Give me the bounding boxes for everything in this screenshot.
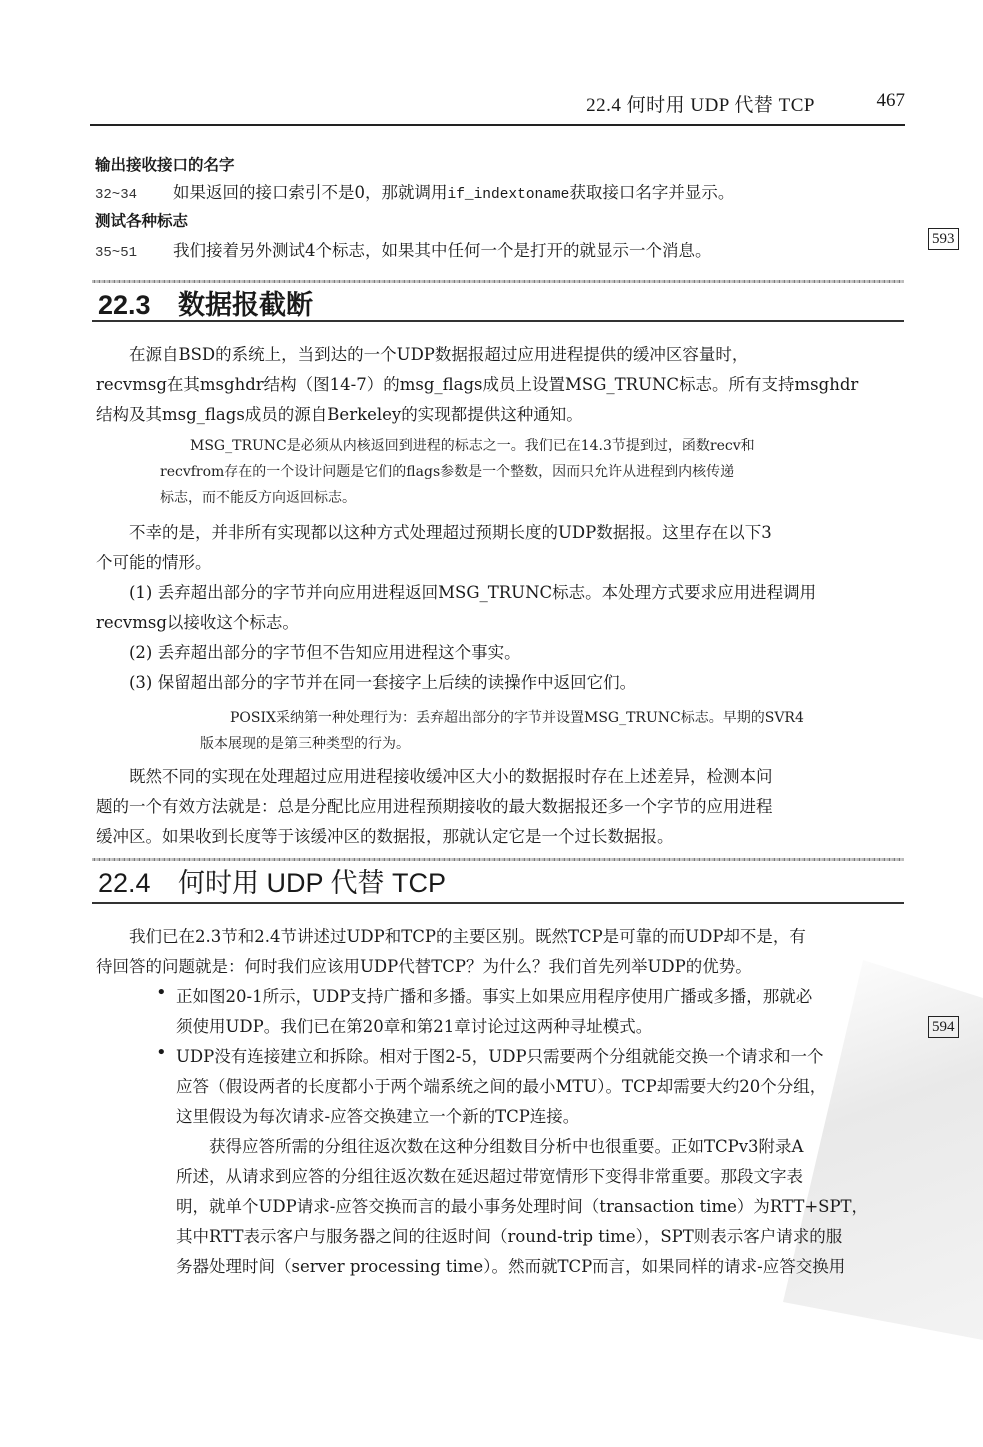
- section-heading: 22.3数据报截断: [98, 288, 313, 322]
- section-heading: 22.4何时用 UDP 代替 TCP: [98, 866, 446, 900]
- margin-page-ref: 594: [928, 1016, 959, 1038]
- code-identifier: if_indextoname: [448, 187, 570, 203]
- code-note-body: 32~34如果返回的接口索引不是0，那就调用if_indextoname获取接口…: [95, 178, 734, 210]
- running-head-section: 22.4 何时用 UDP 代替 TCP: [586, 90, 815, 117]
- section-rule: [92, 280, 904, 283]
- list-item: (3) 保留超出部分的字节并在同一套接字上后续的读操作中返回它们。: [96, 668, 816, 698]
- list-item: 正如图20-1所示，UDP支持广播和多播。事实上如果应用程序使用广播或多播，那就…: [176, 982, 868, 1042]
- list-item: UDP没有连接建立和拆除。相对于图2-5，UDP只需要两个分组就能交换一个请求和…: [176, 1042, 868, 1132]
- section-rule: [92, 858, 904, 861]
- note-block: POSIX采纳第一种处理行为：丢弃超出部分的字节并设置MSG_TRUNC标志。早…: [200, 705, 804, 757]
- paragraph: 在源自BSD的系统上，当到达的一个UDP数据报超过应用进程提供的缓冲区容量时， …: [96, 340, 858, 430]
- list-item: (1) 丢弃超出部分的字节并向应用进程返回MSG_TRUNC标志。本处理方式要求…: [96, 578, 816, 608]
- paragraph: 获得应答所需的分组往返次数在这种分组数目分析中也很重要。正如TCPv3附录A 所…: [176, 1132, 868, 1282]
- paragraph: 我们已在2.3节和2.4节讲述过UDP和TCP的主要区别。既然TCP是可靠的而U…: [96, 922, 806, 982]
- line-range: 35~51: [95, 238, 173, 268]
- code-note-body: 35~51我们接着另外测试4个标志，如果其中任何一个是打开的就显示一个消息。: [95, 236, 712, 268]
- section-rule: [92, 320, 904, 322]
- code-note-heading: 输出接收接口的名字: [95, 150, 235, 180]
- code-note-heading: 测试各种标志: [95, 206, 188, 236]
- note-block: MSG_TRUNC是必须从内核返回到进程的标志之一。我们已在14.3节提到过，函…: [160, 433, 755, 511]
- paragraph: 既然不同的实现在处理超过应用进程接收缓冲区大小的数据报时存在上述差异，检测本问 …: [96, 762, 773, 852]
- paragraph: 不幸的是，并非所有实现都以这种方式处理超过预期长度的UDP数据报。这里存在以下3…: [96, 518, 816, 698]
- bullet-list: 正如图20-1所示，UDP支持广播和多播。事实上如果应用程序使用广播或多播，那就…: [176, 982, 868, 1282]
- running-head: 22.4 何时用 UDP 代替 TCP 467: [90, 88, 905, 126]
- margin-page-ref: 593: [928, 228, 959, 250]
- list-item: (2) 丢弃超出部分的字节但不告知应用进程这个事实。: [96, 638, 816, 668]
- page-number: 467: [877, 90, 906, 112]
- section-rule: [92, 902, 904, 904]
